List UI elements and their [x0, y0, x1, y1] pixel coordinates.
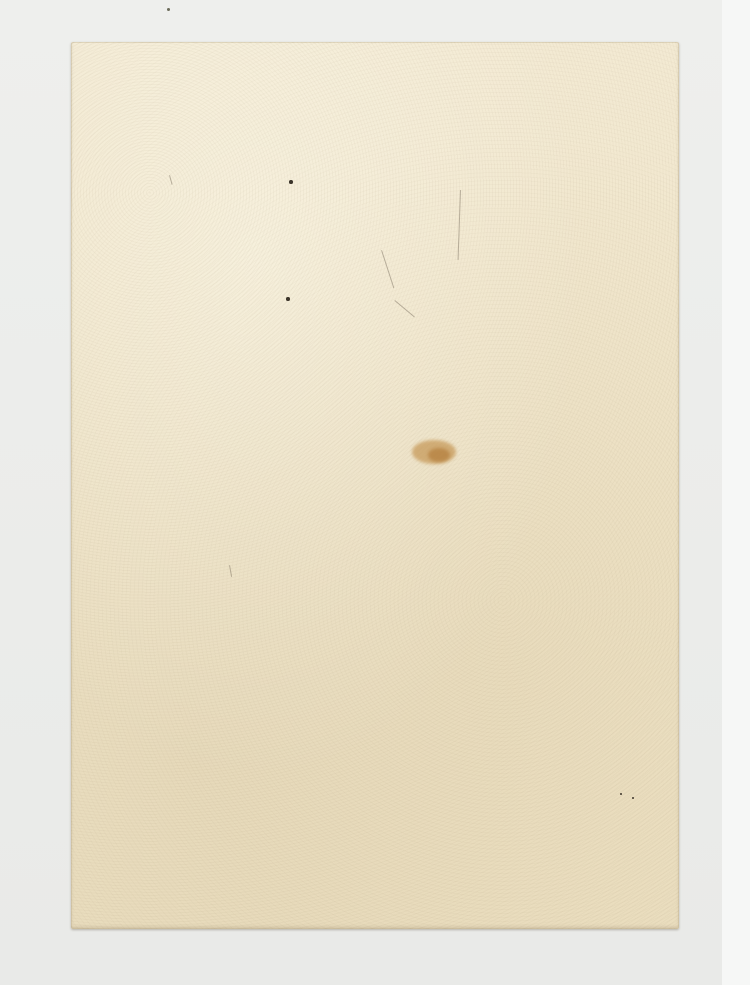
speck-mark [289, 180, 293, 184]
speck-mark [286, 297, 290, 301]
stain-mark [428, 448, 450, 462]
paper-grain-texture [71, 42, 679, 929]
card-back [71, 42, 679, 929]
scanner-edge-strip [722, 0, 750, 985]
speck-mark [167, 8, 170, 11]
